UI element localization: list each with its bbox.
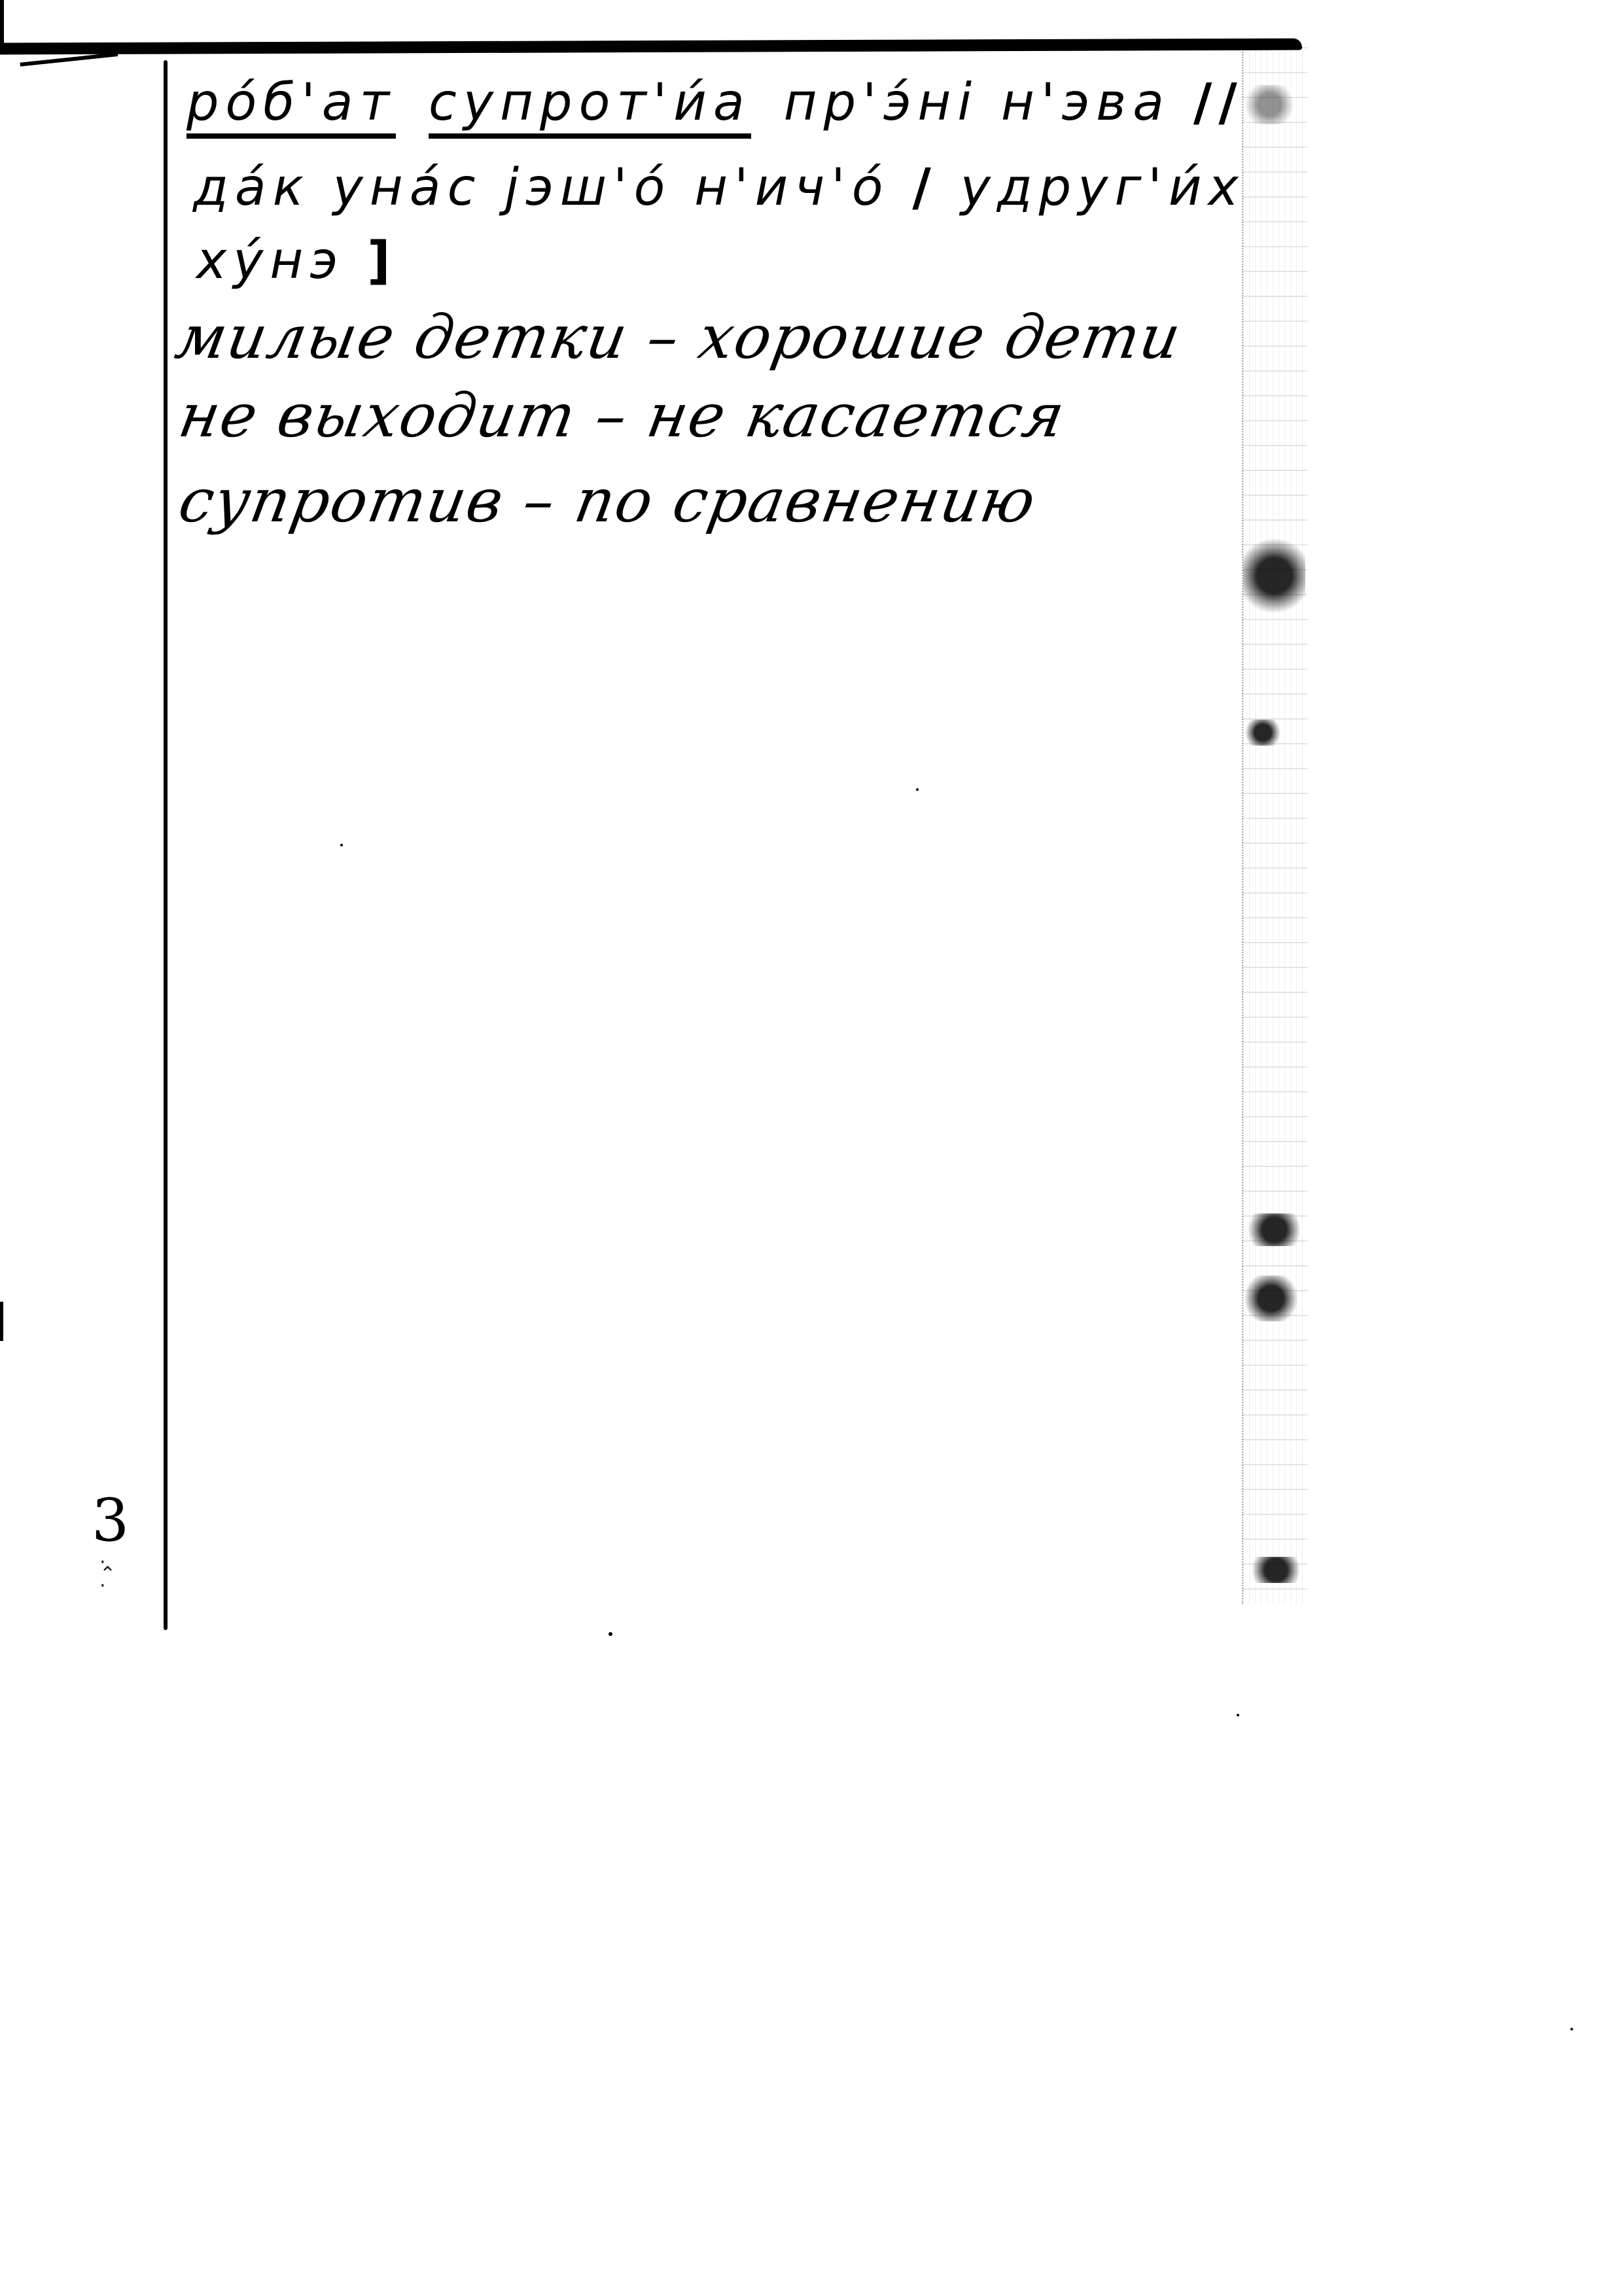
transcription-line-1: ро́б'атсупрот'и́апр'э́ні н'эва // (186, 77, 1244, 139)
page-top-border (0, 39, 1302, 55)
page-number: 3 (92, 1491, 129, 1550)
underlined-word: супрот'и́а (429, 77, 751, 139)
closing-bracket: ] (367, 232, 397, 290)
scan-speck (1237, 1714, 1239, 1716)
underlined-word: ро́б'ат (186, 77, 396, 139)
scan-speck (1570, 2028, 1573, 2030)
note-line: супротив – по сравнению (175, 471, 1041, 531)
margin-line (164, 60, 168, 1630)
page-number-dots: ·⌃· (99, 1557, 116, 1592)
scan-noise-patch (1243, 1213, 1305, 1246)
scan-noise-patch (1246, 1557, 1305, 1583)
scan-left-edge-mark (0, 1302, 3, 1341)
scan-speck (916, 788, 919, 791)
phrase-boundary-mark: // (1193, 73, 1244, 132)
transcription-text: да́к уна́с јэш'о́ н'ич'о́ (193, 158, 889, 217)
scan-noise-patch (1243, 1276, 1299, 1321)
scan-noise-patch (1243, 720, 1282, 746)
scan-speck (609, 1632, 612, 1636)
scan-noise-strip (1242, 47, 1307, 1604)
transcription-text: пр'э́ні н'эва (784, 73, 1171, 132)
transcription-line-3: ху́нэ ] (196, 235, 397, 287)
note-line: милые детки – хорошие дети (171, 307, 1186, 368)
scan-noise-patch (1243, 85, 1296, 124)
transcription-text: ху́нэ (196, 232, 344, 290)
scan-noise-patch (1243, 536, 1305, 615)
scan-speck (340, 844, 343, 846)
transcription-text: удруг'и́х (961, 158, 1245, 217)
note-line: не выходит – не касается (175, 386, 1070, 446)
scanned-page: ро́б'атсупрот'и́апр'э́ні н'эва // да́к у… (0, 0, 1607, 2296)
transcription-line-2: да́к уна́с јэш'о́ н'ич'о́ / удруг'и́х (193, 162, 1245, 213)
phrase-separator: / (912, 158, 938, 217)
